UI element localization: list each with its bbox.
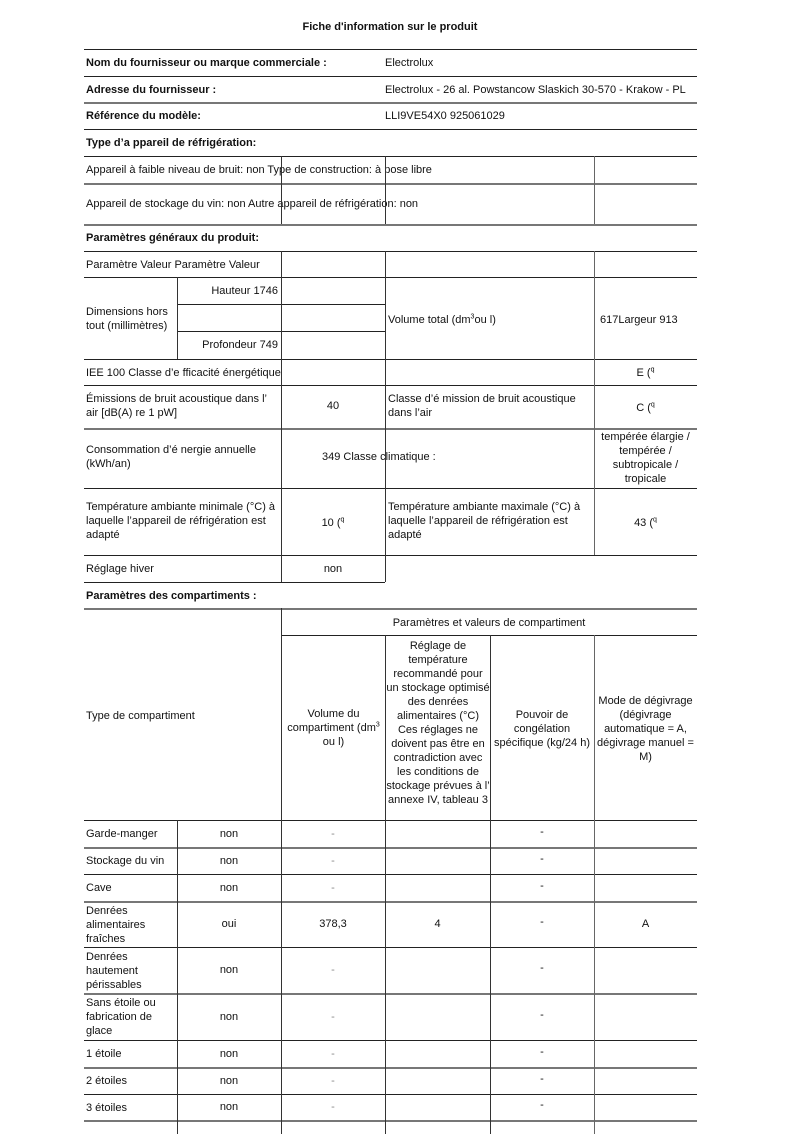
compartment-present: non bbox=[177, 1074, 281, 1088]
volume-value: 617Largeur 913 bbox=[600, 313, 720, 327]
divider bbox=[84, 49, 697, 50]
compartment-freeze: - bbox=[490, 1098, 594, 1112]
col-line bbox=[385, 635, 386, 1134]
compartment-freeze: - bbox=[490, 961, 594, 975]
table-row-divider bbox=[84, 1040, 697, 1041]
compartment-freeze: - bbox=[490, 1072, 594, 1086]
tmax-value: 43 (q bbox=[594, 516, 697, 530]
divider bbox=[84, 277, 697, 278]
general-heading: Paramètres généraux du produit: bbox=[86, 231, 259, 245]
model-label: Référence du modèle: bbox=[86, 109, 201, 123]
noise-class-value: C (q bbox=[594, 401, 697, 415]
compartment-freeze: - bbox=[490, 825, 594, 839]
compartment-present: non bbox=[177, 963, 281, 977]
compartment-freeze: - bbox=[490, 1008, 594, 1022]
table-row-divider bbox=[84, 993, 697, 995]
compartment-type: Denrées alimentaires fraîches bbox=[86, 904, 176, 946]
compartment-freeze: - bbox=[490, 879, 594, 893]
compartment-present: non bbox=[177, 827, 281, 841]
compartment-type: Cave bbox=[86, 881, 176, 895]
divider bbox=[281, 635, 697, 636]
supplier-address-label: Adresse du fournisseur : bbox=[86, 83, 216, 97]
compartment-volume: - bbox=[281, 881, 385, 895]
compartment-temp: 4 bbox=[385, 917, 490, 931]
tmin-label: Température ambiante minimale (°C) à laq… bbox=[86, 500, 280, 542]
col-line bbox=[385, 251, 386, 582]
winter-value: non bbox=[281, 562, 385, 576]
climate-class-value: tempérée élargie / tempérée / subtropica… bbox=[594, 430, 697, 486]
energy-class: E (q bbox=[594, 366, 697, 380]
supplier-name-value: Electrolux bbox=[385, 56, 433, 70]
col-line bbox=[281, 156, 282, 224]
divider bbox=[84, 555, 697, 556]
compartment-present: non bbox=[177, 881, 281, 895]
tmax-label: Température ambiante maximale (°C) à laq… bbox=[388, 500, 592, 542]
dimensions-label: Dimensions hors tout (millimètres) bbox=[86, 305, 174, 333]
noise-class-label: Classe d’é mission de bruit acoustique d… bbox=[388, 392, 592, 420]
document-title: Fiche d'information sur le produit bbox=[0, 20, 780, 34]
col-line bbox=[177, 277, 178, 359]
compartment-present: oui bbox=[177, 917, 281, 931]
height-text: Hauteur 1746 bbox=[177, 284, 278, 298]
compartment-type: Stockage du vin bbox=[86, 854, 176, 868]
col-freeze-header: Pouvoir de congélation spécifique (kg/24… bbox=[490, 708, 594, 750]
compartment-volume: 378,3 bbox=[281, 917, 385, 931]
model-value: LLI9VE54X0 925061029 bbox=[385, 109, 505, 123]
compartment-present: non bbox=[177, 1010, 281, 1024]
depth-text: Profondeur 749 bbox=[177, 338, 278, 352]
compartment-freeze: - bbox=[490, 852, 594, 866]
table-row-divider bbox=[84, 874, 697, 875]
compartment-volume: - bbox=[281, 1100, 385, 1114]
consumption-value: 349 Classe climatique : bbox=[322, 450, 436, 464]
divider bbox=[84, 608, 697, 610]
type-header: Type de compartiment bbox=[86, 709, 195, 723]
table-row-divider bbox=[84, 847, 697, 849]
compartment-volume: - bbox=[281, 1010, 385, 1024]
col-line bbox=[177, 820, 178, 1134]
iee-label: IEE 100 Classe d’e fficacité énergétique bbox=[86, 366, 281, 380]
divider bbox=[84, 183, 697, 185]
table-row-divider bbox=[84, 947, 697, 948]
divider bbox=[84, 129, 697, 130]
divider bbox=[84, 820, 697, 821]
compartment-type: 2 étoiles bbox=[86, 1074, 176, 1088]
height-value: Hauteur 1746 bbox=[177, 284, 278, 298]
divider bbox=[84, 582, 385, 583]
compartment-present: non bbox=[177, 1100, 281, 1114]
table-row-divider bbox=[84, 1120, 697, 1122]
divider bbox=[84, 102, 697, 104]
divider bbox=[84, 224, 697, 226]
appliance-type-row-1: Appareil à faible niveau de bruit: non T… bbox=[86, 163, 432, 177]
divider bbox=[84, 251, 697, 252]
compartment-type: 1 étoile bbox=[86, 1047, 176, 1061]
table-row-divider bbox=[84, 1094, 697, 1095]
compartment-type: Sans étoile ou fabrication de glace bbox=[86, 996, 176, 1038]
compartment-defrost: A bbox=[594, 917, 697, 931]
compartment-type: Garde-manger bbox=[86, 827, 176, 841]
supplier-address-value: Electrolux - 26 al. Powstancow Slaskich … bbox=[385, 83, 686, 97]
compartment-volume: - bbox=[281, 963, 385, 977]
table-row-divider bbox=[84, 1067, 697, 1069]
col-line bbox=[490, 635, 491, 1134]
divider bbox=[84, 156, 697, 157]
divider bbox=[84, 385, 697, 386]
noise-label: Émissions de bruit acoustique dans l’ ai… bbox=[86, 392, 280, 420]
compartment-type: Denrées hautement périssables bbox=[86, 950, 176, 992]
tmin-value: 10 (q bbox=[281, 516, 385, 530]
supplier-name-label: Nom du fournisseur ou marque commerciale… bbox=[86, 56, 327, 70]
compartment-present: non bbox=[177, 1047, 281, 1061]
divider bbox=[84, 488, 697, 489]
consumption-label: Consommation d’é nergie annuelle (kWh/an… bbox=[86, 443, 280, 471]
general-header-row: Paramètre Valeur Paramètre Valeur bbox=[86, 258, 260, 272]
compartment-present: non bbox=[177, 854, 281, 868]
col-line bbox=[594, 635, 595, 1134]
divider bbox=[84, 76, 697, 77]
depth-value: Profondeur 749 bbox=[177, 338, 278, 352]
compartments-heading: Paramètres des compartiments : bbox=[86, 589, 257, 603]
compartment-volume: - bbox=[281, 1074, 385, 1088]
compartment-volume: - bbox=[281, 854, 385, 868]
col-line bbox=[281, 608, 282, 1134]
col-line bbox=[594, 251, 595, 555]
compartment-type: 3 étoiles bbox=[86, 1101, 176, 1115]
col-temp-header: Réglage de température recommandé pour u… bbox=[386, 639, 490, 807]
appliance-type-row-2: Appareil de stockage du vin: non Autre a… bbox=[86, 197, 418, 211]
table-row-divider bbox=[84, 901, 697, 903]
col-defrost-header: Mode de dégivrage (dégivrage automatique… bbox=[594, 694, 697, 764]
compartment-freeze: - bbox=[490, 915, 594, 929]
compartment-volume: - bbox=[281, 827, 385, 841]
col-line bbox=[281, 251, 282, 582]
appliance-type-heading: Type d’a ppareil de réfrigération: bbox=[86, 136, 256, 150]
compartments-group-header: Paramètres et valeurs de compartiment bbox=[281, 616, 697, 630]
col-line bbox=[385, 156, 386, 224]
compartment-freeze: - bbox=[490, 1045, 594, 1059]
winter-label: Réglage hiver bbox=[86, 562, 154, 576]
compartment-volume: - bbox=[281, 1047, 385, 1061]
col-volume-header: Volume du compartiment (dm3 ou l) bbox=[282, 707, 385, 749]
col-line bbox=[594, 156, 595, 224]
divider bbox=[84, 359, 697, 360]
volume-label: Volume total (dm3ou l) bbox=[388, 313, 496, 327]
noise-value: 40 bbox=[281, 399, 385, 413]
